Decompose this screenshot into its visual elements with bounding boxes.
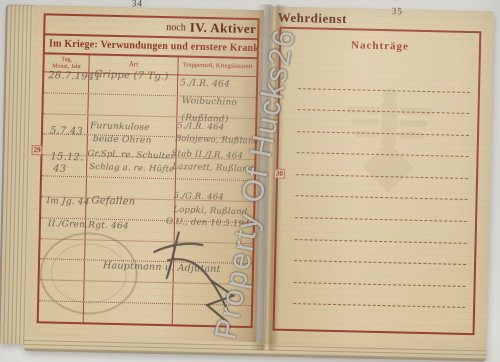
table-cell (43, 114, 88, 135)
column-header-date-line2: Monat, Jahr (52, 63, 81, 70)
table-cell (177, 117, 255, 139)
adjutant-signature (137, 226, 251, 329)
table-cell (175, 200, 253, 222)
right-page: Wehrdienst Nachträge (264, 6, 494, 349)
table-cell (88, 115, 177, 137)
title-prefix: noch (166, 22, 186, 33)
nachtraege-title: Nachträge (281, 38, 479, 54)
nachtraege-box: Nachträge (273, 27, 482, 336)
title-left-part: IV. Aktiver (190, 20, 257, 38)
table-cell (178, 75, 256, 97)
ruled-line (293, 304, 465, 328)
table-cell (42, 176, 87, 197)
sheet-number-right: 30 (274, 169, 285, 179)
table-cell (87, 136, 176, 158)
table-cell (41, 197, 86, 218)
page-number-left: 34 (132, 0, 143, 9)
table-cell (42, 156, 87, 177)
sheet-number-left: 29 (31, 145, 42, 155)
table-cell (89, 73, 178, 95)
nachtraege-rules (293, 67, 471, 329)
page-number-right: 35 (392, 6, 403, 16)
table-cell (88, 94, 177, 116)
wehrpass-open-book: noch IV. Aktiver Im Kriege: Verwundungen… (0, 0, 498, 360)
column-header-unit: Truppenteil, Kriegslazarett (178, 57, 256, 76)
table-cell (175, 180, 253, 202)
table-cell (43, 93, 88, 114)
table-cell (44, 72, 89, 93)
table-cell (176, 138, 254, 160)
table-cell (87, 177, 176, 199)
table-cell (42, 135, 87, 156)
table-cell (87, 157, 176, 179)
table-cell (86, 198, 175, 220)
spread-title-right: Wehrdienst (277, 10, 347, 28)
column-header-date: Tag, Monat, Jahr (44, 54, 89, 72)
table-cell (177, 96, 255, 118)
document-photo: noch IV. Aktiver Im Kriege: Verwundungen… (0, 0, 500, 362)
table-cell (176, 159, 254, 181)
column-header-type: Art (89, 55, 178, 74)
